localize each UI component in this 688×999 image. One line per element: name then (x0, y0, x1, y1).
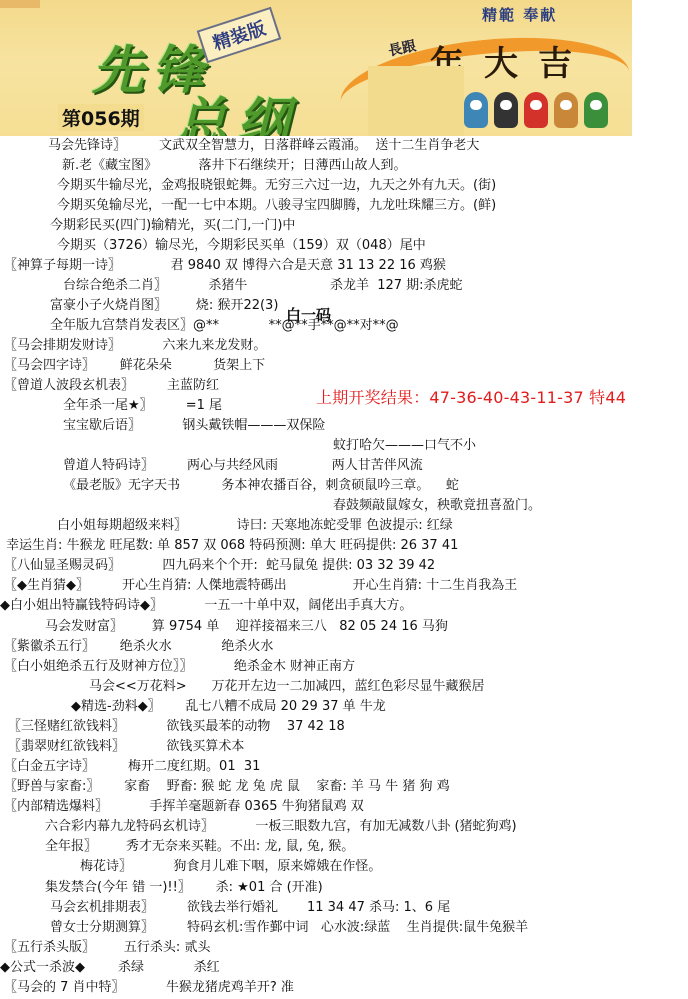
text-line: 白小姐每期超级来料〗 诗曰: 天寒地冻蛇受罪 色波提示: 红绿 (57, 517, 453, 534)
text-line: 今期买（3726）输尽光，今期彩民买单（159）双（048）尾中 (57, 237, 426, 254)
text-line: 马会发财富〗 算 9754 单 迎祥接福来三八 82 05 24 16 马狗 (45, 618, 448, 635)
result-numbers: 47-36-40-43-11-37 (429, 388, 583, 407)
text-line: 集发禁合(今年 错 一)!!〗 杀: ★01 合 (开准) (45, 879, 323, 896)
text-line: ◆白小姐出特赢钱特码诗◆〗 一五一十单中双，阔佬出手真大方。 (0, 597, 412, 614)
text-line: 春鼓频敲鼠嫁女，秧歌竟扭喜盈门。 (333, 497, 541, 514)
text-line: 〖三怪赌红欲钱料〗 欲钱买最苯的动物 37 42 18 (8, 718, 345, 735)
text-line: 〖曾道人波段玄机表〗 主蓝防红 (4, 377, 219, 394)
last-draw-result: 上期开奖结果：47-36-40-43-11-37 特44 (316, 385, 626, 408)
banner-strip (0, 0, 40, 8)
text-line: ◆公式一杀波◆ 杀绿 杀红 (0, 959, 220, 976)
banner-stamp: 精装版 (197, 7, 282, 63)
text-line: 〖紫徽杀五行〗 绝杀火水 绝杀火水 (4, 638, 273, 655)
mascot-icon (464, 92, 488, 128)
text-line: 〖内部精选爆料〗 手挥羊毫题新春 0365 牛狗猪鼠鸡 双 (4, 798, 364, 815)
text-line: 〖白金五字诗〗 梅开二度红期。01 31 (4, 758, 260, 775)
text-line: 台综合绝杀二肖〗 杀猪牛 杀龙羊 127 期:杀虎蛇 (63, 277, 463, 294)
mascot-icon (524, 92, 548, 128)
text-line: 〖白小姐绝杀五行及财神方位〗〗 绝杀金木 财神正南方 (4, 658, 355, 675)
text-line: 曾女士分期测算〗 特码玄机:雪作鄞中词 心水波:绿蓝 生肖提供:鼠牛兔猴羊 (50, 919, 528, 936)
banner-mask (368, 66, 464, 136)
text-line: 〖马会四字诗〗 鲜花朵朵 货架上下 (4, 357, 265, 374)
text-line: 〖◆生肖猜◆〗 开心生肖猜: 人傑地震特碼出 开心生肖猜: 十二生肖我為王 (4, 577, 517, 594)
text-line: 马会玄机排期表〗 欲钱去举行婚礼 11 34 47 杀马: 1、6 尾 (50, 899, 450, 916)
header-banner: 先锋 总纲 精装版 長跟 年大吉 精範 奉献 第056期 (0, 0, 632, 136)
text-line: 今期买兔输尽光，一配一七中本期。八骏寻宝四脚腾，九龙吐珠耀三方。(鲜) (57, 197, 496, 214)
text-line: 〖马会的 7 肖中特〗 牛猴龙猪虎鸡羊开? 准 (4, 979, 294, 996)
issue-number: 第056期 (58, 104, 144, 131)
mascot-group (464, 92, 608, 128)
result-special: 特44 (589, 388, 626, 407)
text-line: 〖八仙显圣赐灵码〗 四九码来个个开: 蛇马鼠兔 提供: 03 32 39 42 (4, 557, 435, 574)
text-line: 富豪小子火烧肖图〗 烧: 猴开22(3) (50, 297, 278, 314)
text-line: 今期买牛输尽光，金鸡报晓银蛇舞。无穷三六过一边，九天之外有九天。(街) (57, 177, 496, 194)
text-line: 《最老版》无字天书 务本神农播百谷，刺贪硕鼠吟三章。 蛇 (63, 477, 459, 494)
text-line: 梅花诗〗 狗食月儿难下咽，原来嫦娥在作怪。 (80, 858, 381, 875)
text-line: 今期彩民买(四门)输精光，买(二门,一门)中 (50, 217, 295, 234)
text-line: 〖神算子每期一诗〗 君 9840 双 博得六合是天意 31 13 22 16 鸡… (4, 257, 446, 274)
text-line: 全年报〗 秀才无奈来买鞋。不出: 龙, 鼠, 兔, 猴。 (45, 838, 354, 855)
text-line: 全年版九宫禁肖发表区〗@** **@**手**@**对**@ (50, 317, 399, 334)
banner-title-line2: 总纲 (175, 80, 299, 136)
text-line: 新.老《藏宝图》 落井下石继续开；日薄西山故人到。 (62, 157, 406, 174)
text-line: 幸运生肖: 牛猴龙 旺尾数: 单 857 双 068 特码预测: 单大 旺码提供… (6, 537, 458, 554)
mascot-icon (494, 92, 518, 128)
text-line: 蚊打哈欠———口气不小 (333, 437, 476, 454)
text-line: 六合彩内幕九龙特码玄机诗〗 一板三眼数九宫，有加无减数八卦 (猪蛇狗鸡) (45, 818, 517, 835)
text-line: 曾道人特码诗〗 两心与共经风雨 两人甘苦伴风流 (63, 457, 423, 474)
text-line: 马会先锋诗〗 文武双全智慧力，日落群峰云霞涌。 送十二生肖争老大 (48, 137, 479, 154)
result-label: 上期开奖结果： (316, 388, 429, 407)
overlay-text: 白一码 (286, 304, 331, 325)
text-line: 马会<<万花料> 万花开左边一二加减四，蓝红色彩尽显牛藏猴居 (89, 678, 484, 695)
mascot-icon (584, 92, 608, 128)
text-line: 〖翡翠财红欲钱料〗 欲钱买算术本 (8, 738, 244, 755)
text-line: 〖马会排期发财诗〗 六来九来龙发财。 (4, 337, 266, 354)
banner-right-margin (632, 0, 688, 140)
text-line: 全年杀一尾★〗 =1 尾 (63, 397, 222, 414)
text-line: 〖五行杀头版〗 五行杀头: 贰头 (4, 939, 210, 956)
banner-gift-text: 精範 奉献 (482, 4, 557, 25)
text-line: 〖野兽与家畜:〗 家畜 野畜: 猴 蛇 龙 兔 虎 鼠 家畜: 羊 马 牛 猪 … (4, 778, 450, 795)
text-line: 宝宝歇后语〗 钢头戴铁帽———双保险 (63, 417, 325, 434)
text-line: ◆精选-劲料◆〗 乱七八糟不成局 20 29 37 单 牛龙 (71, 698, 386, 715)
mascot-icon (554, 92, 578, 128)
